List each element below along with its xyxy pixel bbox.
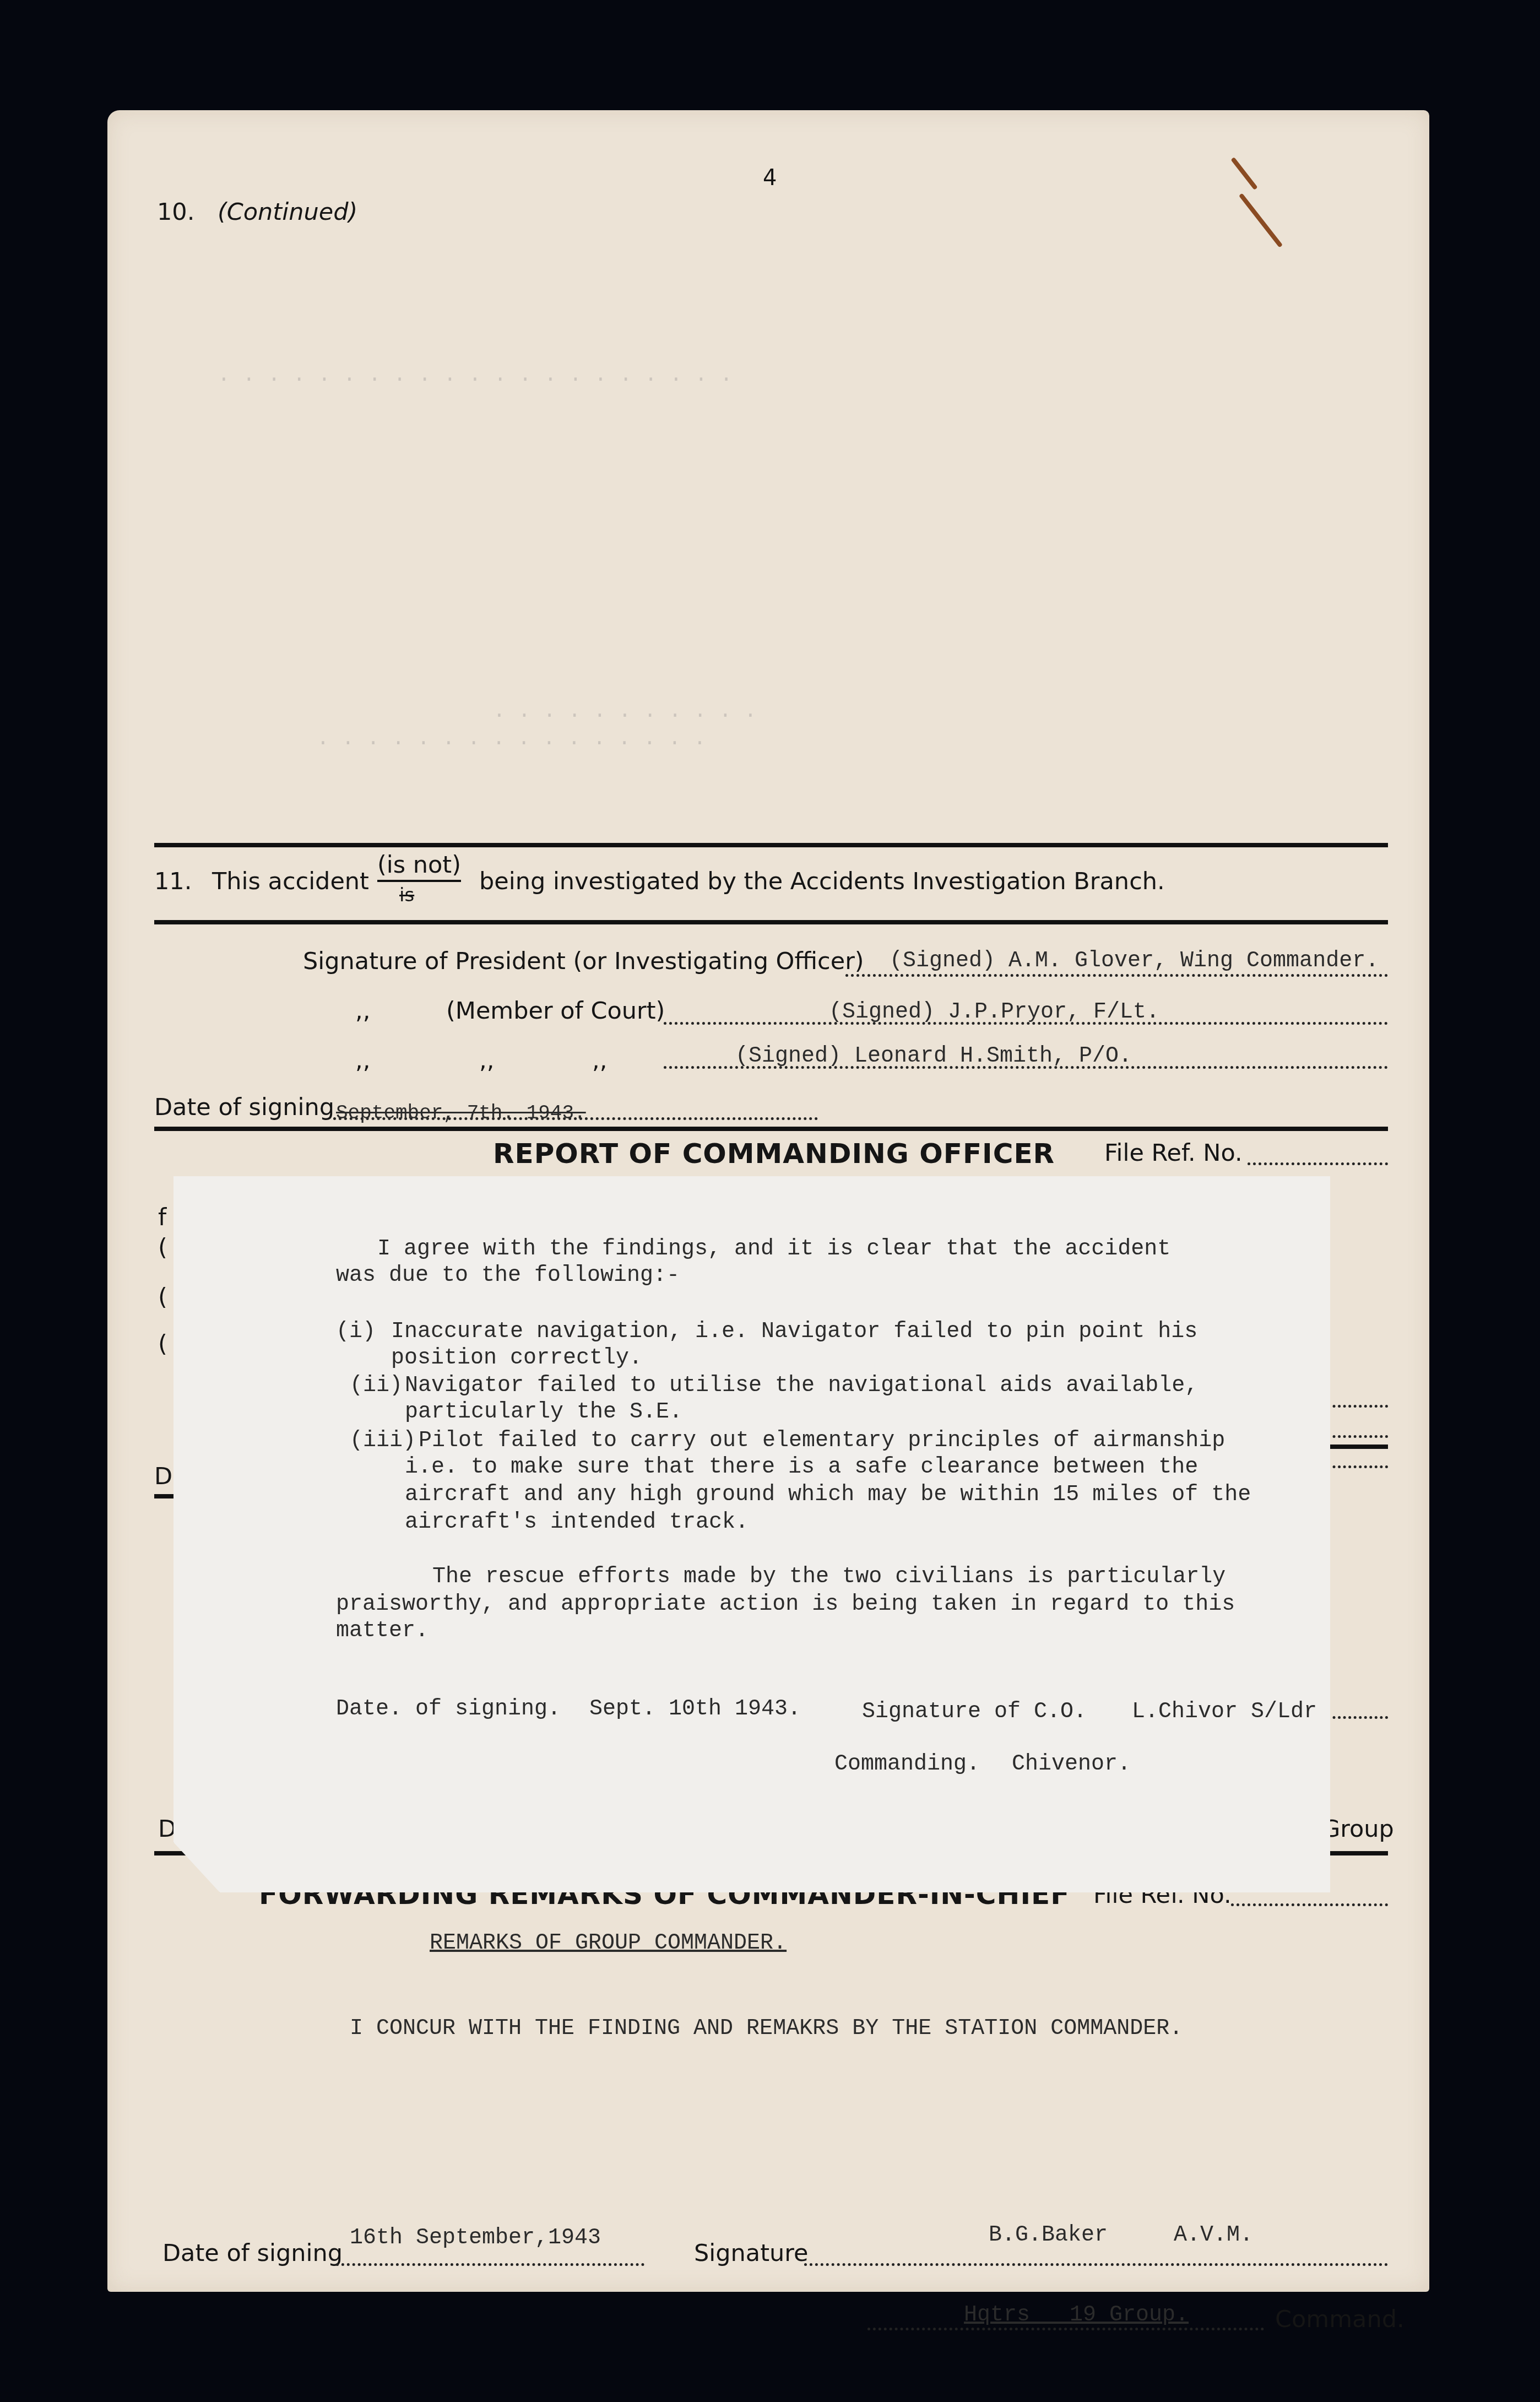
slip-date-label: Date. of signing. — [336, 1697, 561, 1722]
section-10-label: (Continued) — [218, 198, 357, 226]
file-ref-dotted-line — [1248, 1162, 1388, 1165]
finding-text: aircraft and any high ground which may b… — [405, 1483, 1251, 1507]
finding-marker: (iii) — [350, 1429, 416, 1453]
section-divider — [154, 1127, 1388, 1131]
hidden-fragment: D — [154, 1463, 172, 1490]
slip-signature-value: L.Chivor S/Ldr — [1132, 1700, 1317, 1724]
command-value: Hqtrs 19 Group. — [964, 2303, 1189, 2328]
hidden-fragment: ( — [158, 1284, 167, 1311]
ditto-mark: ,, — [355, 1047, 370, 1074]
c-in-c-signature-label: Signature — [694, 2239, 808, 2267]
president-signature-value: (Signed) A.M. Glover, Wing Commander. — [890, 949, 1379, 973]
slip-station: Chivenor. — [1012, 1752, 1131, 1777]
co-report-heading: REPORT OF COMMANDING OFFICER — [493, 1138, 1055, 1170]
dotted-line — [1327, 1435, 1388, 1438]
file-ref-dotted-line — [1231, 1903, 1388, 1906]
section-divider — [154, 1494, 176, 1498]
member2-signature-value: (Signed) Leonard H.Smith, P/O. — [735, 1044, 1132, 1069]
section-divider — [1327, 1445, 1388, 1449]
dotted-line — [804, 2263, 1388, 2266]
section-11-prefix: This accident — [212, 868, 369, 895]
section-10-number: 10. — [157, 198, 194, 226]
section-11-choice-struck: is — [399, 884, 414, 906]
ditto-mark: ,, — [479, 1047, 494, 1074]
show-through-text: . . . . . . . . . . . . . . . . — [317, 727, 706, 751]
rescue-text: praisworthy, and appropriate action is b… — [336, 1592, 1235, 1617]
rescue-text: The rescue efforts made by the two civil… — [432, 1565, 1226, 1589]
slip-intro-line: was due to the following:- — [336, 1263, 680, 1288]
hidden-fragment: ( — [158, 1234, 167, 1262]
command-label: Command. — [1275, 2306, 1405, 2333]
slip-signature-label: Signature of C.O. — [862, 1700, 1087, 1724]
section-11-number: 11. — [154, 868, 192, 895]
finding-text: Navigator failed to utilise the navigati… — [405, 1373, 1198, 1398]
dotted-line — [336, 2263, 644, 2266]
show-through-text: . . . . . . . . . . . . . . . . . . . . … — [218, 364, 733, 387]
group-commander-remarks-heading: REMARKS OF GROUP COMMANDER. — [430, 1931, 787, 1956]
finding-text: aircraft's intended track. — [405, 1510, 749, 1535]
show-through-text: . . . . . . . . . . . — [493, 700, 757, 723]
dotted-line — [1327, 1465, 1388, 1468]
c-in-c-date-label: Date of signing — [162, 2239, 343, 2267]
section-11-suffix: being investigated by the Accidents Inve… — [479, 868, 1165, 895]
finding-marker: (i) — [336, 1319, 376, 1344]
group-commander-remark: I CONCUR WITH THE FINDING AND REMAKRS BY… — [350, 2016, 1183, 2041]
dotted-line — [1327, 1716, 1388, 1719]
finding-text: i.e. to make sure that there is a safe c… — [405, 1455, 1198, 1480]
c-in-c-signature-value: B.G.Baker A.V.M. — [989, 2223, 1253, 2248]
co-report-slip: I agree with the findings, and it is cle… — [173, 1176, 1330, 1892]
date-of-signing-value: September, 7th. 1943. — [336, 1102, 586, 1124]
dotted-line — [1327, 1405, 1388, 1408]
hidden-fragment: ( — [158, 1330, 167, 1358]
c-in-c-date-value: 16th September,1943 — [350, 2226, 601, 2250]
page-number: 4 — [763, 165, 777, 191]
section-divider — [1327, 1851, 1388, 1855]
section-divider — [154, 843, 1388, 847]
ditto-mark: ,, — [355, 997, 370, 1025]
slip-intro-line: I agree with the findings, and it is cle… — [377, 1237, 1170, 1262]
president-signature-label: Signature of President (or Investigating… — [303, 948, 864, 975]
finding-text: Inaccurate navigation, i.e. Navigator fa… — [391, 1319, 1197, 1344]
section-divider — [154, 920, 1388, 924]
rust-stain — [1230, 157, 1257, 190]
finding-text: position correctly. — [391, 1346, 642, 1371]
rescue-text: matter. — [336, 1619, 429, 1643]
co-file-ref-label: File Ref. No. — [1104, 1139, 1243, 1167]
ditto-mark: ,, — [592, 1047, 607, 1074]
slip-commanding-label: Commanding. — [834, 1752, 980, 1777]
rust-stain — [1239, 193, 1283, 247]
slip-date-value: Sept. 10th 1943. — [589, 1697, 801, 1722]
section-11-choice-upper: (is not) — [377, 851, 461, 882]
hidden-fragment: f — [158, 1204, 166, 1231]
finding-text: particularly the S.E. — [405, 1400, 682, 1425]
member-signature-value: (Signed) J.P.Pryor, F/Lt. — [829, 1000, 1159, 1025]
group-fragment: Group — [1322, 1815, 1394, 1843]
dotted-line — [845, 974, 1388, 977]
dotted-line — [867, 2328, 1264, 2330]
finding-text: Pilot failed to carry out elementary pri… — [419, 1429, 1225, 1453]
member-of-court-label: (Member of Court) — [446, 997, 665, 1025]
finding-marker: (ii) — [350, 1373, 403, 1398]
date-of-signing-label: Date of signing — [154, 1094, 334, 1121]
